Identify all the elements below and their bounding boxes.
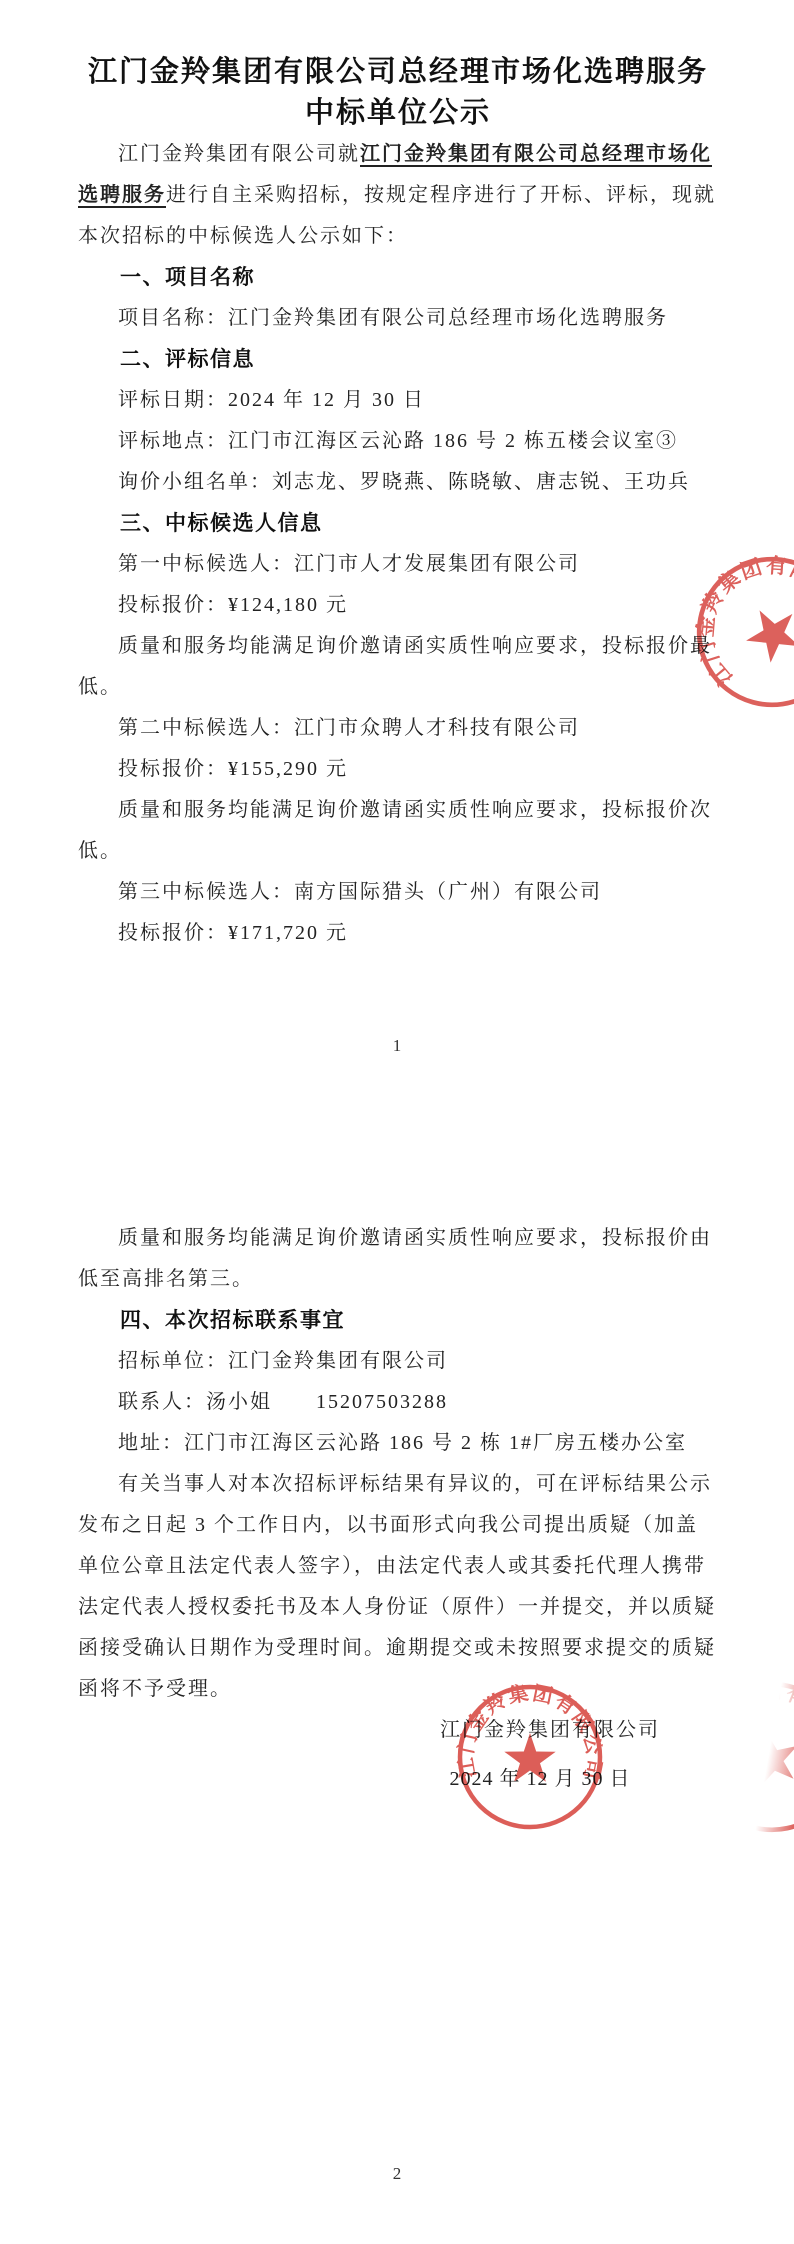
intro-suffix: 进行自主采购招标，按规定程序进行了开标、评标，现就本次招标的中标候选人公示如下：: [78, 184, 716, 247]
section1-heading: 一、项目名称: [78, 257, 718, 298]
page-1-number: 1: [0, 1036, 794, 1056]
intro-paragraph: 江门金羚集团有限公司就江门金羚集团有限公司总经理市场化选聘服务进行自主采购招标，…: [78, 134, 718, 257]
candidate3-name-line: 第三中标候选人：南方国际猎头（广州）有限公司: [78, 872, 718, 913]
section2-heading: 二、评标信息: [78, 339, 718, 380]
candidate3-note: 质量和服务均能满足询价邀请函实质性响应要求，投标报价由低至高排名第三。: [78, 1218, 718, 1300]
title-line-1: 江门金羚集团有限公司总经理市场化选聘服务: [78, 52, 718, 93]
objection-paragraph: 有关当事人对本次招标评标结果有异议的，可在评标结果公示发布之日起 3 个工作日内…: [78, 1464, 718, 1710]
section4-heading: 四、本次招标联系事宜: [78, 1300, 718, 1341]
candidate2-name-line: 第二中标候选人：江门市众聘人才科技有限公司: [78, 708, 718, 749]
candidate1-note: 质量和服务均能满足询价邀请函实质性响应要求，投标报价最低。: [78, 626, 718, 708]
evaluation-place-line: 评标地点：江门市江海区云沁路 186 号 2 栋五楼会议室③: [78, 421, 718, 462]
intro-prefix: 江门金羚集团有限公司就: [118, 143, 360, 165]
address-line: 地址：江门市江海区云沁路 186 号 2 栋 1#厂房五楼办公室: [78, 1423, 718, 1464]
candidate1-name-line: 第一中标候选人：江门市人才发展集团有限公司: [78, 544, 718, 585]
page-2: 质量和服务均能满足询价邀请函实质性响应要求，投标报价由低至高排名第三。 四、本次…: [0, 1122, 794, 2244]
page-2-number: 2: [0, 2164, 794, 2184]
contact-line: 联系人：汤小姐 15207503288: [78, 1382, 718, 1423]
page-1: 江门金羚集团有限公司总经理市场化选聘服务 中标单位公示 江门金羚集团有限公司就江…: [0, 0, 794, 1122]
tender-unit-line: 招标单位：江门金羚集团有限公司: [78, 1341, 718, 1382]
candidate3-price-line: 投标报价：¥171,720 元: [78, 913, 718, 954]
candidate2-note: 质量和服务均能满足询价邀请函实质性响应要求，投标报价次低。: [78, 790, 718, 872]
inquiry-panel-line: 询价小组名单：刘志龙、罗晓燕、陈晓敏、唐志锐、王功兵: [78, 462, 718, 503]
title-line-2: 中标单位公示: [78, 93, 718, 134]
section3-heading: 三、中标候选人信息: [78, 503, 718, 544]
document-title: 江门金羚集团有限公司总经理市场化选聘服务 中标单位公示: [78, 52, 718, 134]
announcement-document: 江门金羚集团有限公司总经理市场化选聘服务 中标单位公示 江门金羚集团有限公司就江…: [0, 0, 794, 2244]
signature-date: 2024 年 12 月 30 日: [430, 1759, 650, 1800]
candidate1-price-line: 投标报价：¥124,180 元: [78, 585, 718, 626]
evaluation-date-line: 评标日期：2024 年 12 月 30 日: [78, 380, 718, 421]
project-name-line: 项目名称：江门金羚集团有限公司总经理市场化选聘服务: [78, 298, 718, 339]
candidate2-price-line: 投标报价：¥155,290 元: [78, 749, 718, 790]
signature-company: 江门金羚集团有限公司: [440, 1710, 660, 1751]
